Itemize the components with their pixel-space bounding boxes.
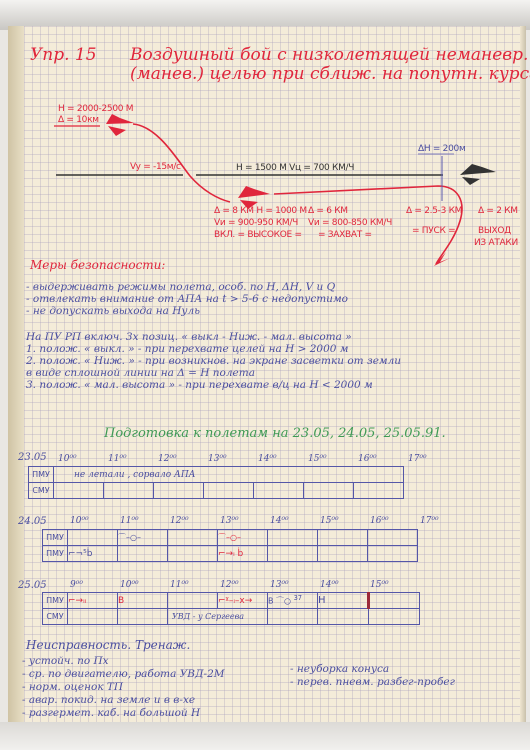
schedule-note: не летали , сорвало АПА: [54, 467, 404, 483]
table-row: ПМУ ⌐→ᵢᵢB⌐ᵡ–ᵢ–x→B ⌒○ 37H: [43, 593, 420, 609]
failure-item: - перев. пневм. разбег-пробег: [290, 677, 455, 688]
target-aircraft-icon: [460, 164, 496, 185]
safety-item: - не допускать выхода на Нуль: [26, 306, 200, 317]
schedule-table: ПМУ не летали , сорвало АПА СМУ: [28, 466, 404, 499]
failure-item: - ср. по двигателю, работа УВД-2М: [22, 669, 225, 680]
failure-item: - норм. оценок ТП: [22, 682, 123, 693]
failure-item: - неуборка конуса: [290, 664, 389, 675]
radar-item: 3. полож. « мал. высота » - при перехват…: [26, 380, 373, 391]
notebook-page: Упр. 15 Воздушный бой с низколетящей нем…: [8, 26, 526, 726]
interceptor-aircraft-icon: [106, 114, 134, 136]
radar-item: 1. полож. « выкл. » - при перехвате целе…: [26, 344, 349, 355]
vertical-speed: Vy = -15м/с: [130, 162, 181, 172]
failure-item: - разгермет. каб. на большой H: [22, 708, 200, 719]
table-row: СМУ УВД - у Сергеева: [43, 609, 420, 625]
safety-heading: Меры безопасности:: [30, 258, 165, 272]
safety-item: - выдерживать режимы полета, особ. по H,…: [26, 282, 335, 293]
schedule-date: 23.05: [18, 452, 47, 463]
start-altitude: H = 2000-2500 M: [58, 104, 133, 114]
failures-heading: Неисправность. Тренаж.: [26, 638, 190, 652]
safety-item: - отвлекать внимание от АПА на t > 5-6 с…: [26, 294, 348, 305]
table-row: ПМУ не летали , сорвало АПА: [29, 467, 404, 483]
failure-item: - авар. покид. на земле и в в-хе: [22, 695, 195, 706]
radar-item: в виде сплошной линии на Δ = H полета: [26, 368, 255, 379]
start-distance: Δ = 10км: [58, 115, 99, 125]
radar-item: 2. полож. « Ниж. » - при возникнов. на э…: [26, 356, 401, 367]
table-row: ПМУ ⌒–○–⌒–○–: [43, 530, 418, 546]
delta-altitude: ΔH = 200м: [418, 144, 465, 154]
scan-bottom-edge: [0, 722, 530, 750]
radar-intro: На ПУ РП включ. 3х позиц. « выкл - Ниж. …: [26, 332, 352, 343]
schedule-date: 25.05: [18, 580, 47, 591]
schedule-date: 24.05: [18, 516, 47, 527]
table-row: СМУ: [29, 483, 404, 499]
table-row: ПМУ ⌐¬⁵ḃ⌐→ᵢ ḃ: [43, 546, 418, 562]
target-flight-params: H = 1500 M Vц = 700 КМ/Ч: [236, 163, 354, 173]
failure-item: - устойч. по Пх: [22, 656, 109, 667]
preparation-heading: Подготовка к полетам на 23.05, 24.05, 25…: [104, 426, 446, 441]
schedule-table: ПМУ ⌒–○–⌒–○– ПМУ ⌐¬⁵ḃ⌐→ᵢ ḃ: [42, 529, 418, 562]
schedule-note: УВД - у Сергеева: [168, 609, 268, 625]
schedule-table: ПМУ ⌐→ᵢᵢB⌐ᵡ–ᵢ–x→B ⌒○ 37H СМУ УВД - у Сер…: [42, 592, 420, 625]
